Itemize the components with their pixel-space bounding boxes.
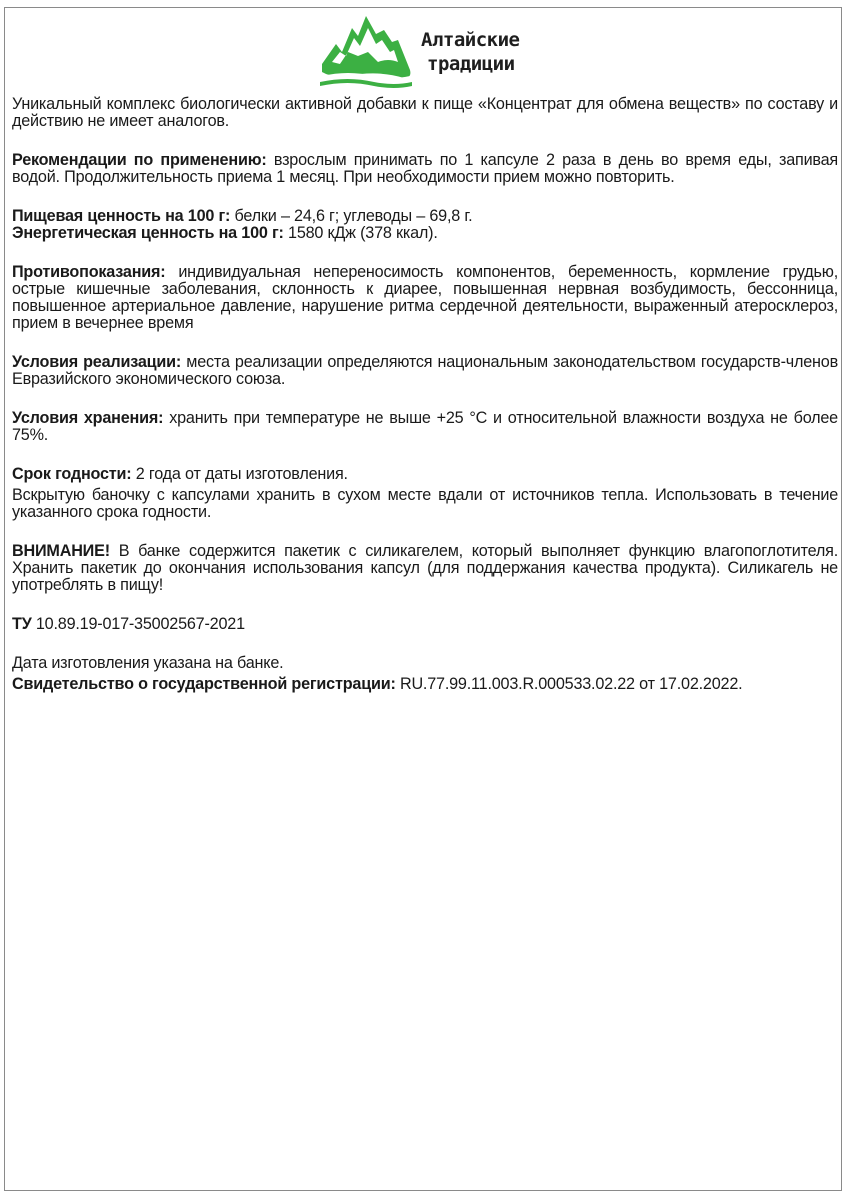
nutrition-label: Пищевая ценность на 100 г:	[12, 207, 230, 225]
energy-section: Энергетическая ценность на 100 г: 1580 к…	[12, 225, 838, 242]
registration-text: RU.77.99.11.003.R.000533.02.22 от 17.02.…	[396, 675, 743, 693]
shelf-life-label: Срок годности:	[12, 465, 131, 483]
tu-section: ТУ 10.89.19-017-35002567-2021	[12, 616, 838, 633]
usage-section: Рекомендации по применению: взрослым при…	[12, 152, 838, 186]
shelf-life-section: Срок годности: 2 года от даты изготовлен…	[12, 466, 838, 483]
tu-label: ТУ	[12, 615, 32, 633]
energy-text: 1580 кДж (378 ккал).	[284, 224, 438, 242]
mountain-icon	[318, 12, 418, 88]
brand-name: Алтайские традиции	[421, 28, 519, 76]
warning-label: ВНИМАНИЕ!	[12, 542, 110, 560]
brand-logo: Алтайские традиции	[318, 12, 530, 88]
storage-label: Условия хранения:	[12, 409, 163, 427]
nutrition-text: белки – 24,6 г; углеводы – 69,8 г.	[230, 207, 472, 225]
contraindications-section: Противопоказания: индивидуальная неперен…	[12, 264, 838, 332]
storage-section: Условия хранения: хранить при температур…	[12, 410, 838, 444]
label-text: Уникальный комплекс биологически активно…	[12, 96, 838, 693]
warning-text: В банке содержится пакетик с силикагелем…	[12, 542, 838, 594]
manufacture-date-paragraph: Дата изготовления указана на банке.	[12, 655, 838, 672]
tu-text: 10.89.19-017-35002567-2021	[32, 615, 245, 633]
warning-section: ВНИМАНИЕ! В банке содержится пакетик с с…	[12, 543, 838, 594]
opened-storage-paragraph: Вскрытую баночку с капсулами хранить в с…	[12, 487, 838, 521]
energy-label: Энергетическая ценность на 100 г:	[12, 224, 284, 242]
usage-label: Рекомендации по применению:	[12, 151, 267, 169]
nutrition-section: Пищевая ценность на 100 г: белки – 24,6 …	[12, 208, 838, 225]
sale-section: Условия реализации: места реализации опр…	[12, 354, 838, 388]
sale-label: Условия реализации:	[12, 353, 181, 371]
registration-label: Свидетельство о государственной регистра…	[12, 675, 396, 693]
registration-section: Свидетельство о государственной регистра…	[12, 676, 838, 693]
shelf-life-text: 2 года от даты изготовления.	[131, 465, 347, 483]
brand-name-line2: традиции	[421, 52, 519, 76]
contraindications-label: Противопоказания:	[12, 263, 165, 281]
brand-name-line1: Алтайские	[421, 29, 519, 51]
intro-paragraph: Уникальный комплекс биологически активно…	[12, 96, 838, 130]
